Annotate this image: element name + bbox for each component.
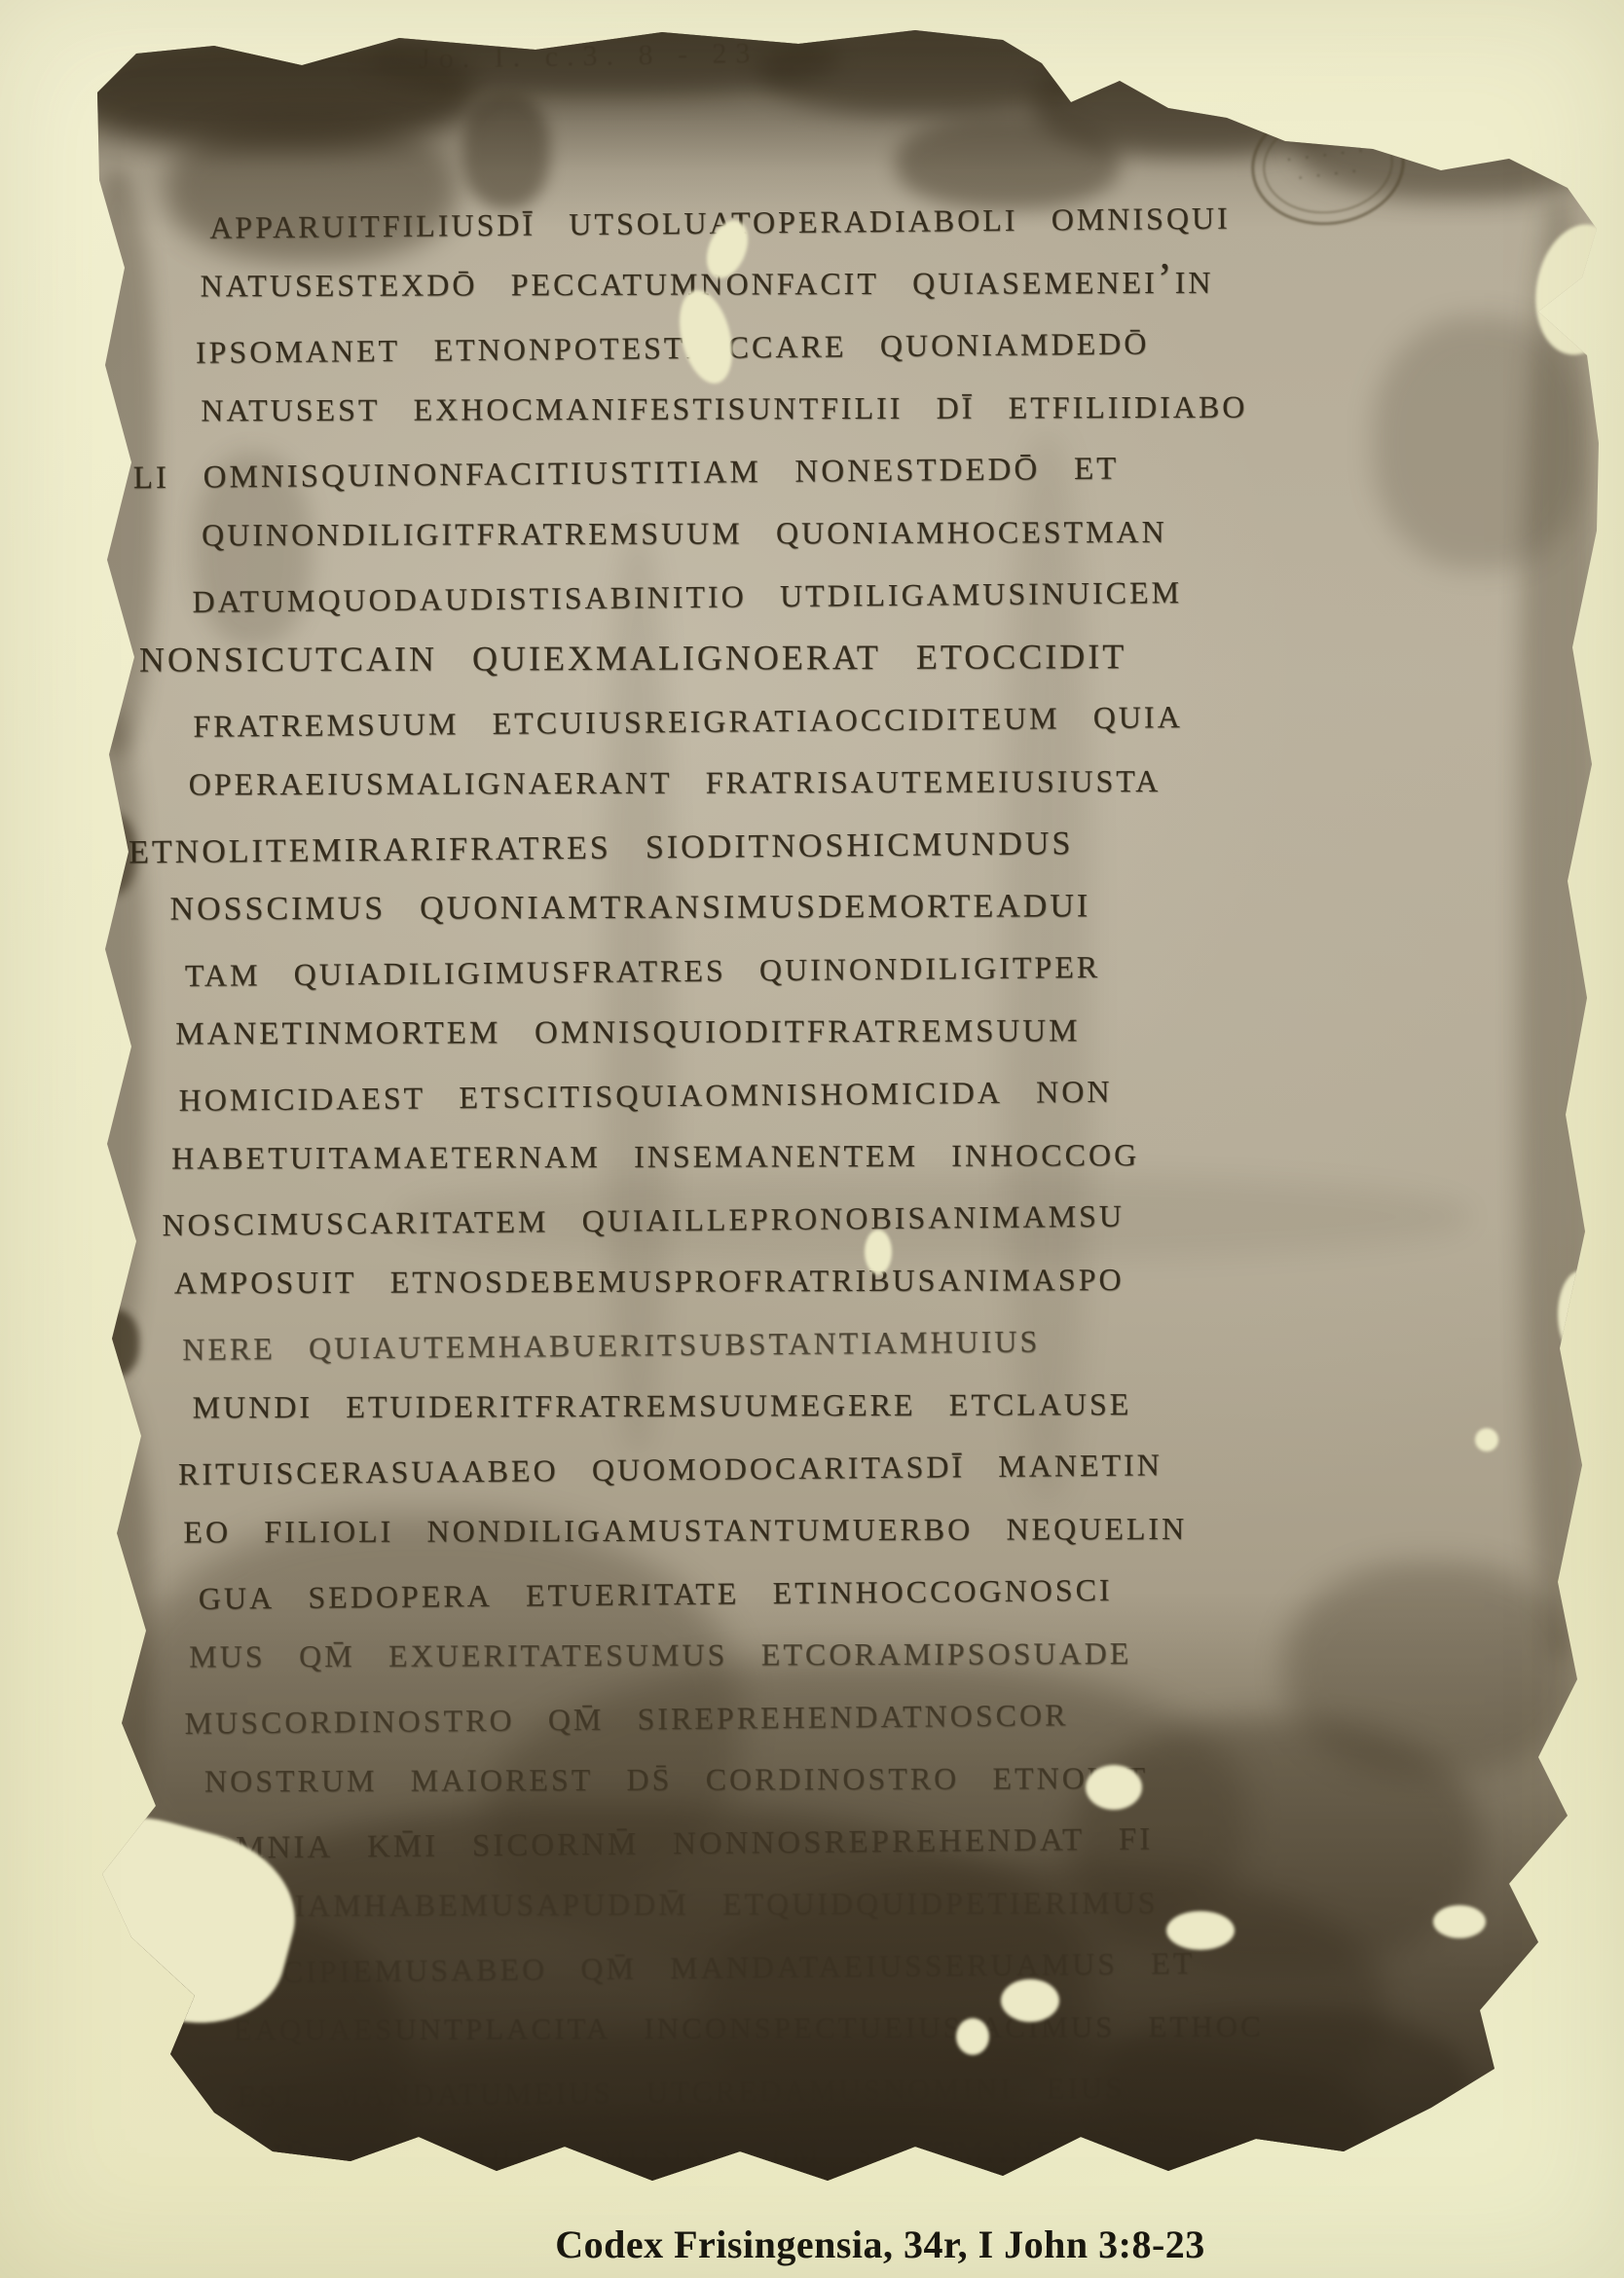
- parchment-page: Jo. I. c.3. 8 - 23 apparuitfiliusdī utso…: [78, 24, 1602, 2200]
- caption: Codex Frisingensia, 34r, I John 3:8-23: [0, 2222, 1624, 2267]
- manuscript-line: natusest exhocmanifestisuntfilii dī etfi…: [201, 374, 1598, 441]
- parchment-hole: [1433, 1905, 1486, 1938]
- manuscript-line: mundi etuideritfratremsuumegere etclause: [193, 1371, 1605, 1438]
- parchment-hole: [865, 1230, 892, 1274]
- manuscript-line: nonsicutcain quiexmalignoerat etoccidit: [139, 623, 1600, 690]
- manuscript-line: homicidaest etscitisquiaomnishomicida no…: [178, 1055, 1603, 1131]
- stain: [462, 92, 550, 209]
- manuscript-line: fratremsuum etcuiusreigratiaocciditeum q…: [193, 681, 1601, 757]
- stain: [166, 117, 458, 263]
- stain: [1285, 1562, 1577, 1777]
- stain: [1100, 2010, 1470, 2166]
- manuscript-line: nosscimus quoniamtransimusdemorteadui: [169, 872, 1601, 939]
- manuscript-line: habetuitamaeternam insemanentem inhoccog: [171, 1121, 1603, 1189]
- edge-tear: [1558, 1270, 1605, 1358]
- edge-tear: [136, 2127, 234, 2195]
- manuscript-line: nere quiautemhabueritsubstantiamhuius: [182, 1304, 1605, 1380]
- manuscript-line: operaeiusmalignaerant fratrisautemeiusiu…: [189, 748, 1601, 815]
- manuscript-line: li omnisquinonfacitiustitiam nonestdedō …: [132, 432, 1599, 508]
- manuscript-line: natusestexdō peccatumnonfacit quiasemene…: [200, 249, 1597, 316]
- stamp-text-row: · · · ·: [1296, 161, 1361, 188]
- manuscript-line: manetinmortem omnisquioditfratremsuum: [175, 997, 1602, 1064]
- parchment-hole: [1086, 1765, 1142, 1810]
- stamp-text-row: · · · · ·: [1285, 140, 1369, 169]
- manuscript-line: tam quiadiligimusfratres quinondiligitpe…: [185, 931, 1603, 1007]
- parchment-hole: [1001, 1979, 1059, 2022]
- photograph: Jo. I. c.3. 8 - 23 apparuitfiliusdī utso…: [0, 0, 1624, 2278]
- stain: [896, 117, 1120, 209]
- manuscript-line: ipsomanet etnonpotestpeccare quoniamdedō: [196, 308, 1599, 384]
- manuscript-line: datumquodaudistisabinitio utdiligamusinu…: [192, 557, 1600, 633]
- manuscript-line: rituiscerasuaabeo quomodocaritasdī manet…: [178, 1429, 1606, 1505]
- parchment-hole: [1166, 1911, 1235, 1950]
- manuscript-line: quinondiligitfratremsuum quoniamhocestma…: [202, 498, 1599, 566]
- manuscript-line: etnolitemirarifratres sioditnoshicmundus: [129, 806, 1602, 883]
- parchment-hole: [1475, 1428, 1498, 1451]
- parchment-hole: [956, 2018, 989, 2055]
